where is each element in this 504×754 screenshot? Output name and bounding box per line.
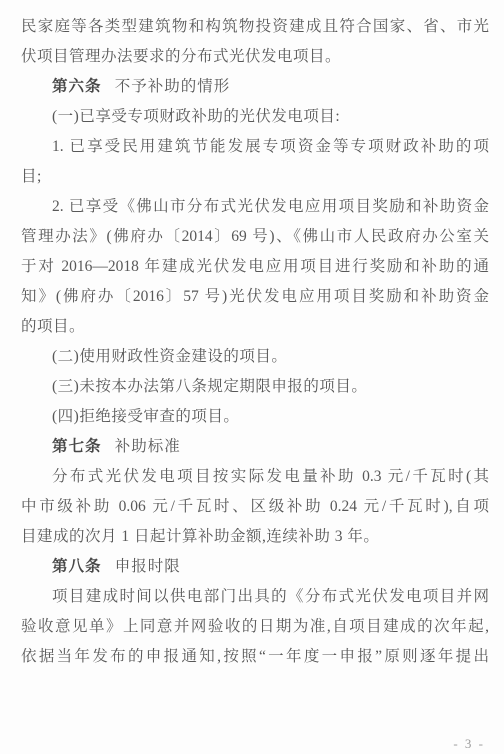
- article-label: 第六条: [52, 78, 102, 95]
- text-line: (四)拒绝接受审查的项目。: [21, 402, 489, 432]
- text-line: (二)使用财政性资金建设的项目。: [21, 342, 489, 372]
- page-number: - 3 -: [453, 736, 485, 752]
- article-label: 第七条: [52, 438, 102, 455]
- text-line: 2. 已享受《佛山市分布式光伏发电应用项目奖励和补助资金: [21, 192, 489, 222]
- document-page: 民家庭等各类型建筑物和构筑物投资建成且符合国家、省、市光伏项目管理办法要求的分布…: [0, 0, 504, 754]
- text-line: 项目建成时间以供电部门出具的《分布式光伏发电项目并网: [21, 582, 489, 612]
- text-line: 第六条不予补助的情形: [21, 72, 489, 102]
- text-line: 知》(佛府办〔2016〕57 号)光伏发电应用项目奖励和补助资金: [21, 282, 489, 312]
- text-line: 验收意见单》上同意并网验收的日期为准,自项目建成的次年起,: [21, 612, 489, 642]
- article-label: 第八条: [52, 558, 102, 575]
- text-line: 第七条补助标准: [21, 432, 489, 462]
- text-line: 第八条申报时限: [21, 552, 489, 582]
- text-line: (一)已享受专项财政补助的光伏发电项目:: [21, 102, 489, 132]
- text-line: 的项目。: [21, 312, 489, 342]
- text-line: (三)未按本办法第八条规定期限申报的项目。: [21, 372, 489, 402]
- text-line: 中市级补助 0.06 元/千瓦时、区级补助 0.24 元/千瓦时),自项: [21, 492, 489, 522]
- text-line: 伏项目管理办法要求的分布式光伏发电项目。: [21, 42, 489, 72]
- text-line: 目;: [21, 162, 489, 192]
- article-title: 补助标准: [115, 438, 181, 455]
- text-line: 目建成的次月 1 日起计算补助金额,连续补助 3 年。: [21, 522, 489, 552]
- text-line: 民家庭等各类型建筑物和构筑物投资建成且符合国家、省、市光: [21, 12, 489, 42]
- document-body: 民家庭等各类型建筑物和构筑物投资建成且符合国家、省、市光伏项目管理办法要求的分布…: [21, 12, 489, 672]
- text-line: 1. 已享受民用建筑节能发展专项资金等专项财政补助的项: [21, 132, 489, 162]
- text-line: 管理办法》(佛府办〔2014〕69 号)、《佛山市人民政府办公室关: [21, 222, 489, 252]
- article-title: 不予补助的情形: [115, 78, 231, 95]
- article-title: 申报时限: [115, 558, 181, 575]
- text-line: 于对 2016—2018 年建成光伏发电应用项目进行奖励和补助的通: [21, 252, 489, 282]
- text-line: 依据当年发布的申报通知,按照“一年度一申报”原则逐年提出: [21, 642, 489, 672]
- text-line: 分布式光伏发电项目按实际发电量补助 0.3 元/千瓦时(其: [21, 462, 489, 492]
